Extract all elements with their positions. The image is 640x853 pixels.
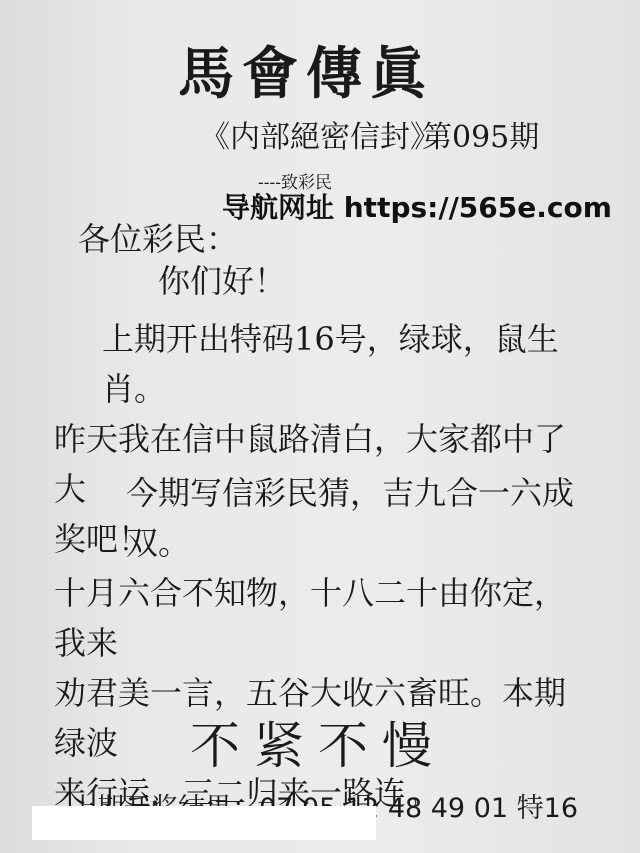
subtitle: 《内部絕密信封》 [200,112,440,156]
hello-line: 你们好！ [158,256,286,302]
paragraph-line: 十月六合不知物，十八二十由你定，我来 [54,568,594,668]
white-mask-box [32,806,376,840]
paragraph-line: 今期写信彩民猜，吉九合一六成双。 [54,468,594,568]
greeting: 各位彩民： [78,214,238,260]
issue-number: 第095期 [422,112,539,156]
slogan: 不紧不慢 [190,706,446,778]
page-title: 馬會傳眞 [178,30,434,110]
watermark-link[interactable]: 导航网址 https://565e.com [222,186,612,226]
last-result-special: 特16 [517,793,578,824]
paragraph-line: 上期开出特码16号，绿球，鼠生肖。 [54,314,594,414]
